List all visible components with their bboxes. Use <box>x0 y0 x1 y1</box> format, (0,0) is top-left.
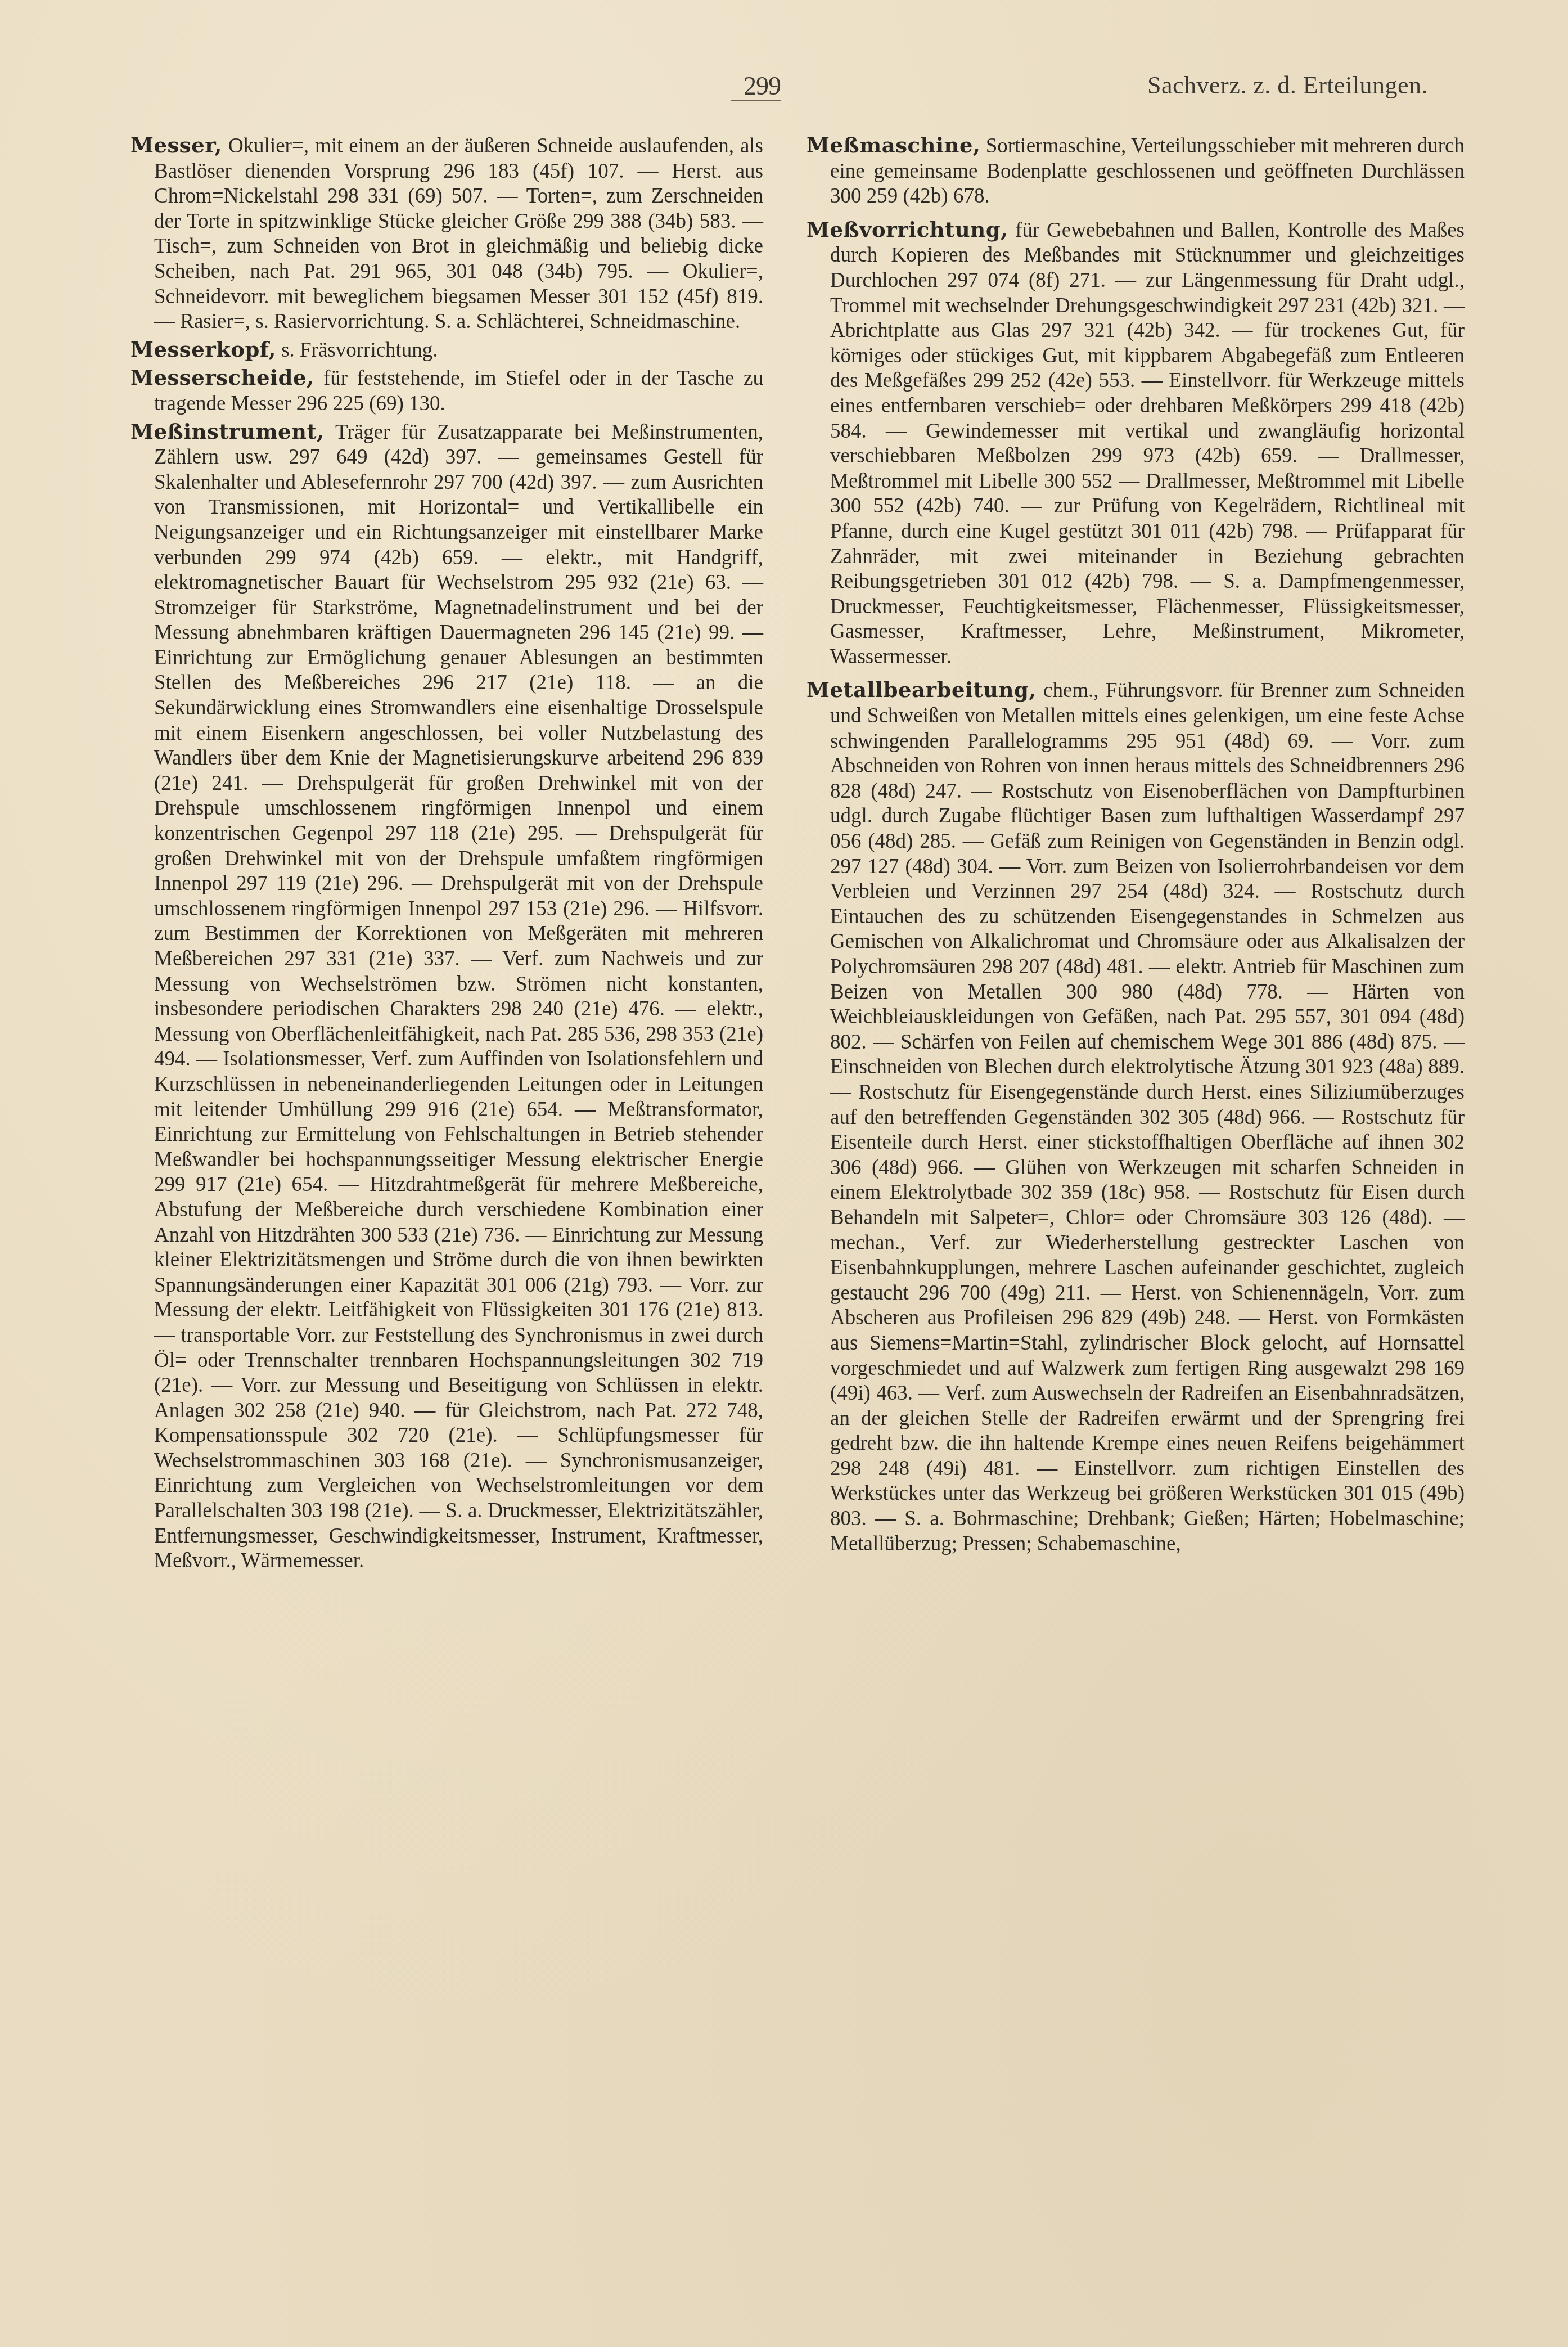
headword: Messer, <box>130 133 222 158</box>
index-entry-messmaschine: Meßmaschine, Sortiermaschine, Verteilung… <box>806 133 1465 209</box>
headword: Meßinstrument, <box>130 419 324 444</box>
entry-text: chem., Führungsvorr. für Brenner zum Sch… <box>830 679 1465 1555</box>
headword: Messerscheide, <box>130 365 314 390</box>
right-column: Meßmaschine, Sortiermaschine, Verteilung… <box>806 133 1465 1559</box>
page-number-rule <box>731 100 781 101</box>
index-entry-messinstrument: Meßinstrument, Träger für Zusatzapparate… <box>130 419 763 1574</box>
headword: Messerkopf, <box>130 337 276 362</box>
index-entry-messerscheide: Messerscheide, für feststehende, im Stie… <box>130 365 763 416</box>
entry-text: s. Fräsvorrichtung. <box>281 339 438 362</box>
index-entry-metallbearbeitung: Metallbearbeitung, chem., Führungsvorr. … <box>806 677 1465 1557</box>
entry-text: Träger für Zusatzapparate bei Meßinstrum… <box>154 421 763 1573</box>
index-entry-messvorrichtung: Meßvorrichtung, für Gewebebahnen und Bal… <box>806 217 1465 670</box>
entry-text: für Gewebebahnen und Ballen, Kontrolle d… <box>830 219 1465 668</box>
left-column: Messer, Okulier=, mit einem an der äußer… <box>130 133 763 1576</box>
page-number: 299 <box>744 71 781 101</box>
headword: Meßvorrichtung, <box>806 217 1008 242</box>
index-entry-messerkopf: Messerkopf, s. Fräsvorrichtung. <box>130 337 763 363</box>
headword: Meßmaschine, <box>806 133 980 158</box>
running-title: Sachverz. z. d. Erteilungen. <box>1147 71 1428 100</box>
index-entry-messer: Messer, Okulier=, mit einem an der äußer… <box>130 133 763 335</box>
entry-text: Okulier=, mit einem an der äußeren Schne… <box>154 134 763 333</box>
headword: Metallbearbeitung, <box>806 677 1037 702</box>
